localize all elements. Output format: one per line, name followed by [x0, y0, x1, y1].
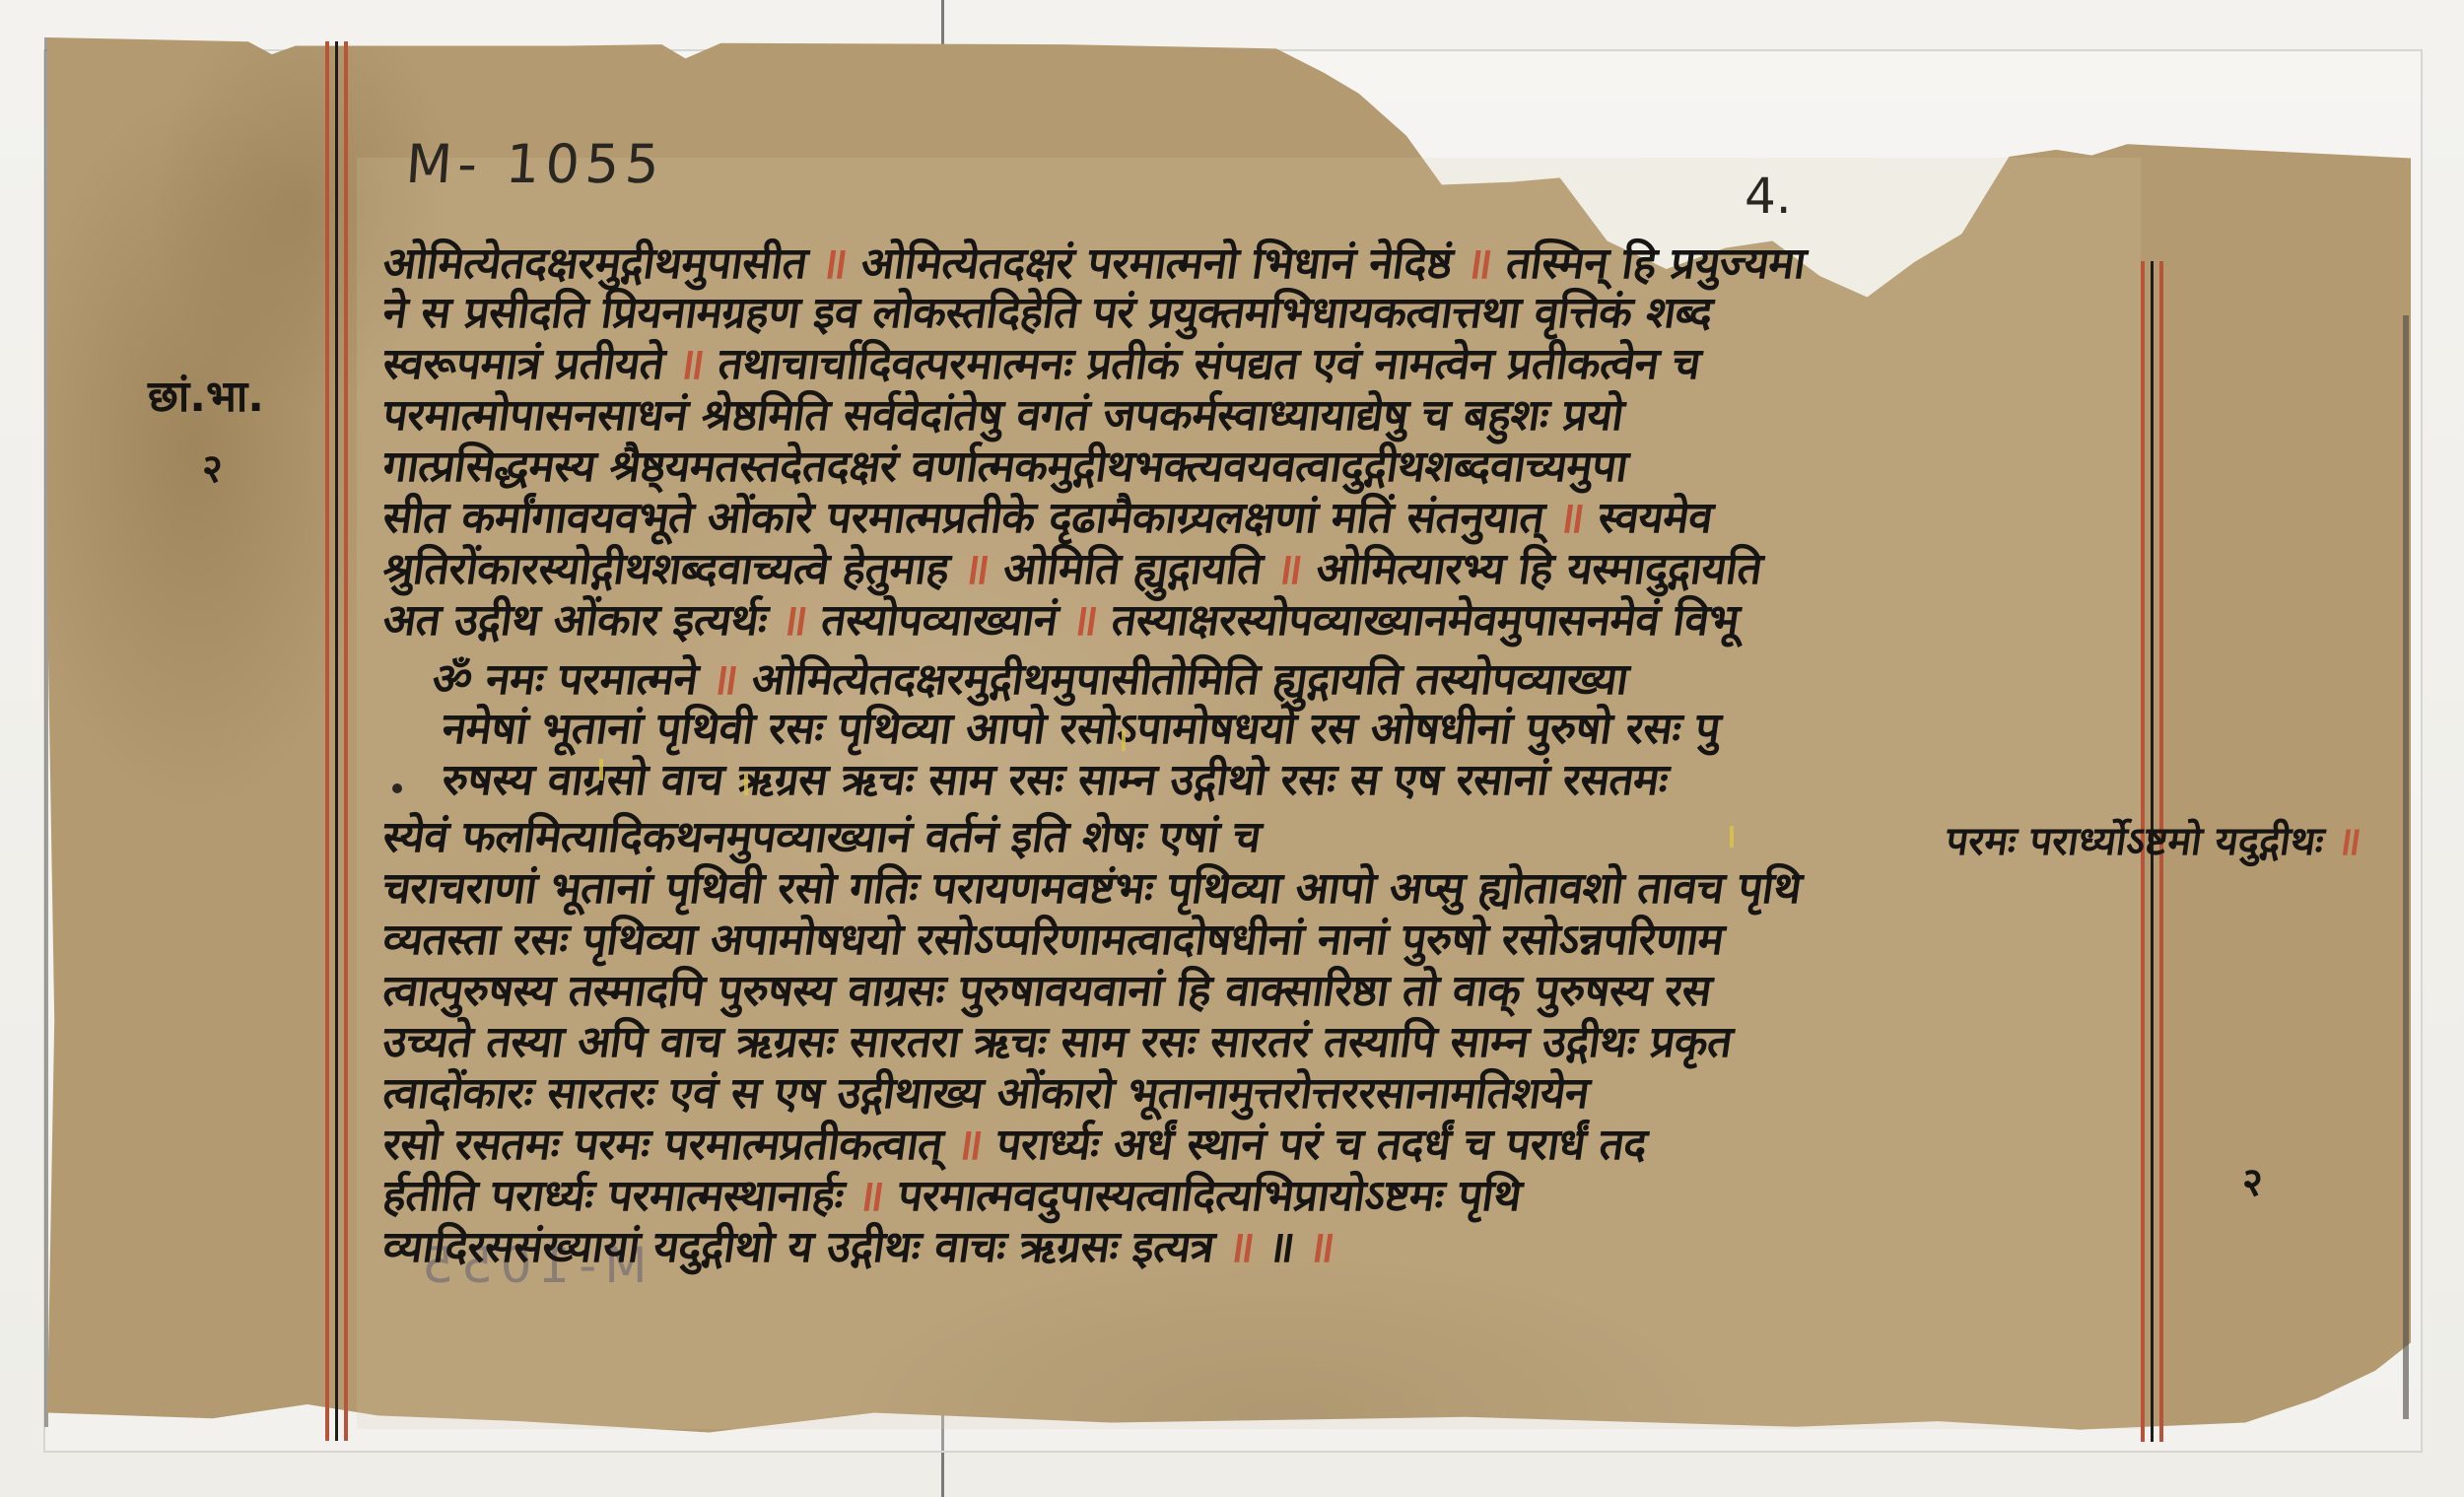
- red-danda: ॥: [953, 1120, 986, 1170]
- line-segment: स्वरूपमात्रं प्रतीयते: [379, 339, 667, 389]
- line-segment: व्यादिरससंख्यायां यदुद्गीथो य उद्गीथः वा…: [379, 1222, 1217, 1272]
- line-segment: तस्याक्षरस्योपव्याख्यानमेवमुपासनमेवं विभ…: [1109, 595, 1743, 646]
- page-number: 4.: [1745, 168, 1792, 225]
- margin-dot-mark: [392, 783, 402, 793]
- line-segment: तस्योपव्याख्यानं: [818, 595, 1061, 646]
- line-segment: ओमित्येतदक्षरं परमात्मनो भिधानं नेदिष्ठं: [858, 238, 1456, 289]
- line-segment: तथाचार्चादिवत्परमात्मनः प्रतीकं संपद्यत …: [716, 339, 1704, 389]
- line-segment: स्येवं फलमित्यादिकथनमुपव्याख्यानं वर्तनं…: [379, 812, 1264, 862]
- lower-line-10: रसो रसतमः परमः परमात्मप्रतीकत्वात् ॥ परा…: [379, 1118, 1650, 1173]
- line-segment: ॐ नमः परमात्मने: [429, 654, 701, 705]
- line-segment: परमात्मवदुपास्यत्वादित्यभिप्रायोऽष्टमः प…: [895, 1171, 1525, 1221]
- lower-line-6: व्यतस्ता रसः पृथिव्या अपामोषधयो रसोऽप्पर…: [379, 913, 1728, 968]
- line-segment: रुषस्य वाग्रसो वाच ऋग्रस ऋचः साम रसः साम…: [439, 755, 1671, 805]
- red-danda: ॥: [960, 544, 992, 594]
- line-segment: परार्ध्यः अर्धं स्थानं परं च तदर्धं च पर…: [993, 1120, 1650, 1170]
- red-danda: ॥: [779, 595, 811, 646]
- lower-line-3: रुषस्य वाग्रसो वाच ऋग्रस ऋचः साम रसः साम…: [439, 753, 1672, 808]
- margin-folio-number-left: २: [202, 440, 223, 494]
- upper-line-8: अत उद्गीथ ओंकार इत्यर्थः ॥ तस्योपव्याख्य…: [379, 593, 1743, 648]
- red-danda: ॥: [818, 238, 851, 289]
- upper-line-7: श्रुतिरोंकारस्योद्गीथशब्दवाच्यत्वे हेतुम…: [379, 542, 1765, 597]
- line-segment: व्यतस्ता रसः पृथिव्या अपामोषधयो रसोऽप्पर…: [379, 915, 1727, 965]
- yellow-correction-mark: [599, 759, 603, 781]
- lower-line-1: ॐ नमः परमात्मने ॥ ओमित्येतदक्षरमुद्गीथमु…: [429, 652, 1632, 708]
- line-segment: उच्यते तस्या अपि वाच ऋग्रसः सारतरा ऋचः स…: [379, 1017, 1735, 1067]
- lower-line-9: त्वादोंकारः सारतरः एवं स एष उद्गीथाख्य ओ…: [379, 1066, 1593, 1122]
- line-segment: ने स प्रसीदति प्रियनामग्रहण इव लोकस्तदिह…: [379, 288, 1715, 338]
- line-segment: र्हतीति परार्ध्यः परमात्मस्थानार्हः: [379, 1171, 847, 1221]
- line-segment: रसो रसतमः परमः परमात्मप्रतीकत्वात्: [379, 1120, 945, 1170]
- line-segment: ओमित्येतदक्षरमुद्गीथमुपासीतोमिति ह्युद्ग…: [749, 654, 1632, 705]
- line-segment: श्रुतिरोंकारस्योद्गीथशब्दवाच्यत्वे हेतुम…: [379, 544, 952, 594]
- red-danda: ॥: [675, 339, 708, 389]
- red-danda: ॥: [1463, 238, 1495, 289]
- lower-line-8: उच्यते तस्या अपि वाच ऋग्रसः सारतरा ऋचः स…: [379, 1015, 1736, 1070]
- line-segment: सीत कर्मांगावयवभूते ओंकारे परमात्मप्रतीक…: [379, 493, 1547, 543]
- upper-line-6: सीत कर्मांगावयवभूते ओंकारे परमात्मप्रतीक…: [379, 491, 1716, 546]
- red-danda: ॥: [855, 1171, 887, 1221]
- line-segment: स्वयमेव: [1595, 493, 1716, 543]
- line-segment: ओमिति ह्युद्गायति: [1000, 544, 1266, 594]
- upper-line-5: गात्प्रसिद्धमस्य श्रैष्ठ्यमतस्तदेतदक्षरं…: [379, 440, 1631, 495]
- yellow-correction-mark: [1122, 729, 1126, 751]
- yellow-correction-mark: [744, 774, 748, 795]
- line-segment: ओमित्येतदक्षरमुद्गीथमुपासीत: [379, 238, 810, 289]
- line-segment: नमेषां भूतानां पृथिवी रसः पृथिव्या आपो र…: [439, 704, 1723, 754]
- lower-line-5: चराचराणां भूतानां पृथिवी रसो गतिः परायणम…: [379, 861, 1805, 917]
- line-segment: ओमित्यारभ्य हि यस्मादुद्गायति: [1313, 544, 1765, 594]
- lower-line-2: नमेषां भूतानां पृथिवी रसः पृथिव्या आपो र…: [439, 702, 1724, 757]
- line-segment: अत उद्गीथ ओंकार इत्यर्थः: [379, 595, 770, 646]
- lower-line-11: र्हतीति परार्ध्यः परमात्मस्थानार्हः ॥ पर…: [379, 1169, 1525, 1224]
- upper-line-3: स्वरूपमात्रं प्रतीयते ॥ तथाचार्चादिवत्पर…: [379, 337, 1704, 392]
- left-rule-outer-red: [325, 41, 329, 1441]
- line-segment: चराचराणां भूतानां पृथिवी रसो गतिः परायणम…: [379, 863, 1805, 914]
- line-segment: त्वात्पुरुषस्य तस्मादपि पुरुषस्य वाग्रसः…: [379, 966, 1714, 1016]
- upper-line-4: परमात्मोपासनसाधनं श्रेष्ठमिति सर्ववेदांत…: [379, 388, 1627, 443]
- catalog-number: M- 1055: [404, 133, 667, 195]
- folio-right-edge: [2403, 315, 2409, 1419]
- lower-line-12: व्यादिरससंख्यायां यदुद्गीथो य उद्गीथः वा…: [379, 1220, 1338, 1275]
- line-segment: तस्मिन् हि प्रयुज्यमा: [1503, 238, 1809, 289]
- lower-line-4: स्येवं फलमित्यादिकथनमुपव्याख्यानं वर्तनं…: [379, 810, 1265, 865]
- red-danda: ॥: [709, 654, 741, 705]
- red-danda: ॥: [1273, 544, 1306, 594]
- gloss-text: परमः परार्ध्योऽष्टमो यदुद्गीथः: [1943, 819, 2327, 864]
- yellow-correction-mark: [1730, 826, 1734, 848]
- line-segment: त्वादोंकारः सारतरः एवं स एष उद्गीथाख्य ओ…: [379, 1068, 1592, 1119]
- red-danda: ॥: [1225, 1222, 1258, 1272]
- line-segment: परमात्मोपासनसाधनं श्रेष्ठमिति सर्ववेदांत…: [379, 390, 1626, 441]
- left-rule-black: [335, 41, 338, 1441]
- red-danda: ॥: [1068, 595, 1101, 646]
- left-rule-inner-red: [344, 41, 348, 1441]
- upper-line-1: ओमित्येतदक्षरमुद्गीथमुपासीत ॥ ओमित्येतदक…: [379, 237, 1810, 292]
- margin-folio-number-right: २: [2242, 1153, 2263, 1207]
- lower-line-7: त्वात्पुरुषस्य तस्मादपि पुरुषस्य वाग्रसः…: [379, 964, 1715, 1019]
- black-danda: ॥: [1266, 1222, 1298, 1272]
- line-segment: गात्प्रसिद्धमस्य श्रैष्ठ्यमतस्तदेतदक्षरं…: [379, 442, 1630, 492]
- red-danda: ॥: [1555, 493, 1588, 543]
- upper-line-2: ने स प्रसीदति प्रियनामग्रहण इव लोकस्तदिह…: [379, 286, 1716, 341]
- margin-title-abbrev: छां.भा.: [148, 365, 264, 424]
- interlinear-gloss: परमः परार्ध्योऽष्टमो यदुद्गीथः ॥: [1943, 812, 2365, 866]
